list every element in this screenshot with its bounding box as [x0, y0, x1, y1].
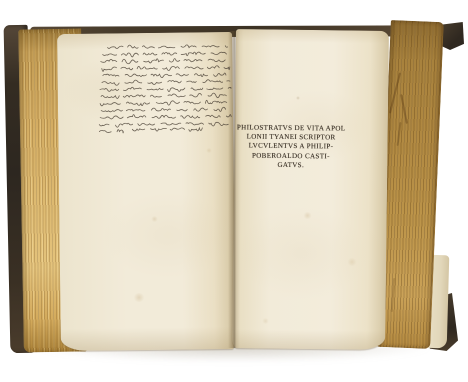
left-page [57, 32, 236, 351]
printed-title-block: PHILOSTRATVS DE VITA APOL LONII TYANEI S… [232, 123, 350, 170]
printed-title-line: LVCVLENTVS A PHILIP- [232, 142, 350, 152]
foxing-spot [303, 212, 312, 219]
printed-title-line: GATVS. [232, 160, 350, 170]
foxing-spot [133, 293, 145, 302]
foxing-spot [262, 318, 269, 324]
foxing-spot [151, 216, 158, 222]
foxing-spot [206, 148, 212, 153]
foxing-spot [296, 96, 300, 100]
right-page [232, 29, 389, 350]
gutter-shadow [228, 31, 240, 348]
book-photograph: PHILOSTRATVS DE VITA APOL LONII TYANEI S… [0, 0, 468, 382]
foxing-spot [347, 258, 357, 266]
